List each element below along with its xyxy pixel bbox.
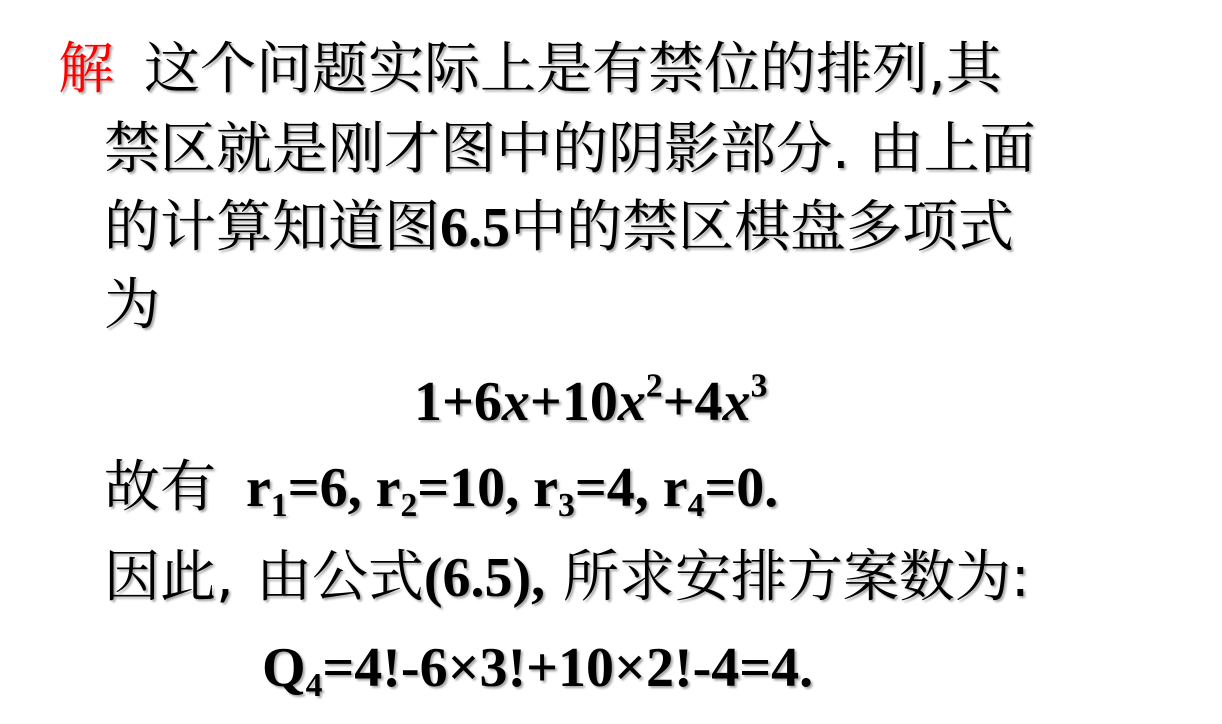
subscript: 4 <box>688 487 705 524</box>
text: 中的禁区棋盘多项式 <box>510 195 1014 260</box>
term: +10 <box>530 371 618 433</box>
variable: x <box>502 371 530 433</box>
figure-ref: 6.5 <box>440 197 510 259</box>
subscript: 4 <box>306 667 323 704</box>
formula-ref: (6.5), <box>424 547 545 609</box>
text: 禁区就是刚才图中的阴影部分. <box>104 117 850 182</box>
value: =6, <box>288 457 362 519</box>
r-symbol: r <box>533 457 558 519</box>
subscript: 2 <box>400 487 417 524</box>
text: 其 <box>946 37 1002 102</box>
text: 故有 <box>104 455 216 520</box>
term: +4 <box>663 371 723 433</box>
term: 1+6 <box>414 371 502 433</box>
subscript: 3 <box>558 487 575 524</box>
text: 由公式 <box>256 545 424 610</box>
q-symbol: Q <box>262 637 306 699</box>
solution-line-3: 的计算知道图6.5中的禁区棋盘多项式 <box>104 196 1014 260</box>
variable: x <box>618 371 646 433</box>
solution-line-4: 为 <box>104 274 160 338</box>
solution-label: 解 <box>58 37 114 102</box>
subscript: 1 <box>271 487 288 524</box>
text: 所求安排方案数为: <box>563 545 1030 610</box>
exponent: 2 <box>646 367 663 404</box>
solution-line-1: 解这个问题实际上是有禁位的排列,其 <box>58 38 1002 102</box>
rook-polynomial: 1+6x+10x2+4x3 <box>414 370 767 434</box>
value: =10, <box>417 457 519 519</box>
exponent: 3 <box>751 367 768 404</box>
result-formula: Q4=4!-6×3!+10×2!-4=4. <box>262 636 813 700</box>
r-symbol: r <box>246 457 271 519</box>
variable: x <box>723 371 751 433</box>
coefficients-line: 故有r1=6, r2=10, r3=4, r4=0. <box>104 456 778 520</box>
expression: =4!-6×3!+10×2!-4=4. <box>322 637 813 699</box>
text: 因此, <box>104 545 234 610</box>
text: 的计算知道图 <box>104 195 440 260</box>
solution-line-2: 禁区就是刚才图中的阴影部分. 由上面 <box>104 118 1036 182</box>
therefore-line: 因此,由公式(6.5), 所求安排方案数为: <box>104 546 1030 610</box>
text: 为 <box>104 273 160 338</box>
r-symbol: r <box>663 457 688 519</box>
text: 由上面 <box>868 117 1036 182</box>
value: =0. <box>704 457 778 519</box>
text: 这个问题实际上是有禁位的排列, <box>144 37 946 102</box>
value: =4, <box>575 457 649 519</box>
r-symbol: r <box>376 457 401 519</box>
